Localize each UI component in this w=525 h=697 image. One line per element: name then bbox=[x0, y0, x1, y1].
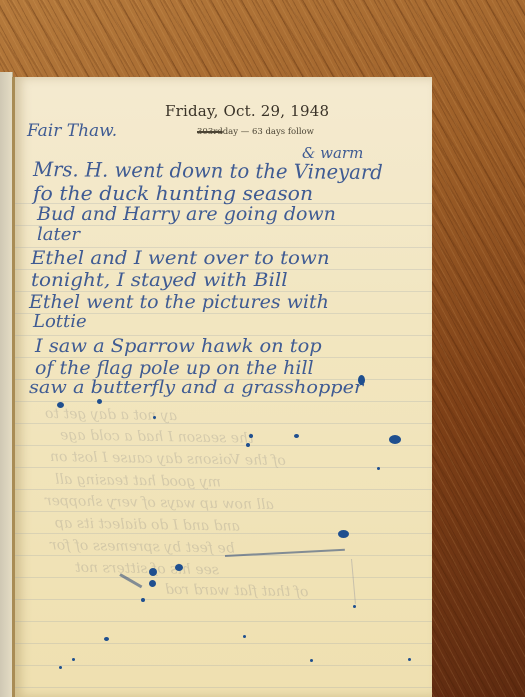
entry-line: Ethel and I went over to town bbox=[31, 247, 330, 269]
ink-blot bbox=[141, 598, 145, 602]
bleed-through-line: of that flat ward rod bbox=[165, 582, 309, 601]
ink-blot bbox=[408, 658, 411, 661]
entry-line: tonight, I stayed with Bill bbox=[31, 269, 288, 291]
ink-blot bbox=[310, 659, 313, 662]
entry-line: later bbox=[37, 224, 80, 245]
entry-line: saw a butterfly and a grasshopper bbox=[29, 377, 363, 398]
ink-blot bbox=[175, 564, 183, 571]
entry-line: Ethel went to the pictures with bbox=[29, 291, 329, 313]
struck-day-number: 303rd bbox=[197, 127, 223, 137]
entry-line: Bud and Harry are going down bbox=[37, 203, 336, 225]
weather-note: Fair Thaw. bbox=[27, 121, 117, 141]
printed-day-counter: 303rdday — 63 days follow bbox=[197, 127, 314, 137]
bleed-through-line: the season I had a cold age bbox=[60, 427, 254, 446]
entry-line: Lottie bbox=[33, 311, 87, 332]
entry-line: Mrs. H. went down to the Vineyard bbox=[33, 157, 383, 184]
ink-blot bbox=[389, 435, 401, 444]
ink-blot bbox=[249, 434, 253, 438]
bleed-through-line: my good hat teasing all bbox=[55, 472, 221, 491]
day-counter-text: day — 63 days follow bbox=[223, 127, 314, 137]
bleed-through-line: ay not a day get to bbox=[45, 406, 177, 424]
entry-line: I saw a Sparrow hawk on top bbox=[35, 335, 322, 357]
ink-blot bbox=[104, 637, 109, 641]
bleed-through-line: see his of sitters not bbox=[75, 560, 219, 579]
ink-blot bbox=[57, 402, 64, 408]
ink-blot bbox=[149, 580, 156, 587]
ink-blot bbox=[59, 666, 62, 669]
ink-blot bbox=[243, 635, 246, 638]
entry-line: of the flag pole up on the hill bbox=[35, 357, 314, 379]
bleed-through-line: and and I do dialect its ap bbox=[55, 515, 240, 534]
ink-blot bbox=[97, 399, 102, 404]
ink-blot bbox=[377, 467, 380, 470]
ink-blot bbox=[338, 530, 349, 538]
ink-blot bbox=[358, 375, 365, 385]
entry-line: fo the duck hunting season bbox=[33, 181, 313, 205]
printed-date: Friday, Oct. 29, 1948 bbox=[165, 102, 329, 120]
ink-blot bbox=[149, 568, 157, 576]
ink-blot bbox=[72, 658, 75, 661]
ink-blot bbox=[353, 605, 356, 608]
bleed-through-line: be feet by spremess of for bbox=[50, 537, 235, 556]
ink-blot bbox=[294, 434, 299, 438]
ink-blot bbox=[153, 416, 156, 419]
diary-page: Friday, Oct. 29, 1948 303rdday — 63 days… bbox=[12, 77, 432, 697]
ink-blot bbox=[246, 443, 250, 447]
